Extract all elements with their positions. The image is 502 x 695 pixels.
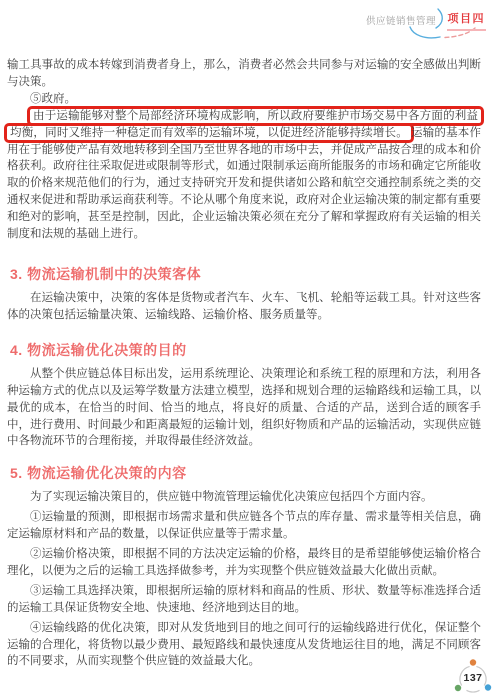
decision-item-2: ②运输价格决策，即根据不同的方法决定运输的价格，最终目的是希望能够使运输价格合理… bbox=[7, 546, 481, 580]
section-5-intro: 为了实现运输决策目的，供应链中物流管理运输优化决策应包括四个方面内容。 bbox=[7, 489, 481, 506]
orange-dot-icon bbox=[470, 659, 476, 665]
section-4-heading: 4. 物流运输优化决策的目的 bbox=[10, 340, 481, 360]
blue-dot-icon bbox=[485, 684, 491, 690]
chapter-badge: 项目四 bbox=[447, 10, 487, 31]
decision-item-1: ①运输量的预测，即根据市场需求量和供应链各个节点的库存量、需求量等相关信息，确定… bbox=[7, 509, 481, 543]
green-dot-icon bbox=[455, 685, 461, 691]
section-4-paragraph: 从整个供应链总体目标出发，运用系统理论、决策理论和系统工程的原理和方法，利用各种… bbox=[7, 366, 481, 451]
section-5-heading: 5. 物流运输优化决策的内容 bbox=[10, 463, 481, 483]
textbook-page: 供应链销售管理 项目四 输工具事故的成本转嫁到消费者身上，那么，消费者必然会共同… bbox=[0, 0, 502, 695]
paragraph-carryover: 输工具事故的成本转嫁到消费者身上，那么，消费者必然会共同参与对运输的安全感做出判… bbox=[7, 57, 481, 91]
document-body: 输工具事故的成本转嫁到消费者身上，那么，消费者必然会共同参与对运输的安全感做出判… bbox=[7, 57, 481, 670]
section-3-paragraph: 在运输决策中，决策的客体是货物或者汽车、火车、飞机、轮船等运载工具。针对这些客体… bbox=[7, 290, 481, 324]
page-number: 137 bbox=[459, 672, 487, 684]
decision-item-3: ③运输工具选择决策，即根据所运输的原材料和商品的性质、形状、数量等标准选择合适的… bbox=[7, 583, 481, 617]
paragraph-government: 由于运输能够对整个局部经济环境构成影响，所以政府要维护市场交易中各方面的利益均衡… bbox=[7, 108, 481, 243]
paragraph-government-rest: 运输的基本作用在于能够使产品有效地转移到全国乃至世界各地的市场中去，并促成产品按… bbox=[7, 127, 481, 240]
section-3-heading: 3. 物流运输机制中的决策客体 bbox=[10, 264, 481, 284]
decision-item-4: ④运输线路的优化决策，即对从发货地到目的地之间可行的运输线路进行优化，保证整个运… bbox=[7, 620, 481, 671]
